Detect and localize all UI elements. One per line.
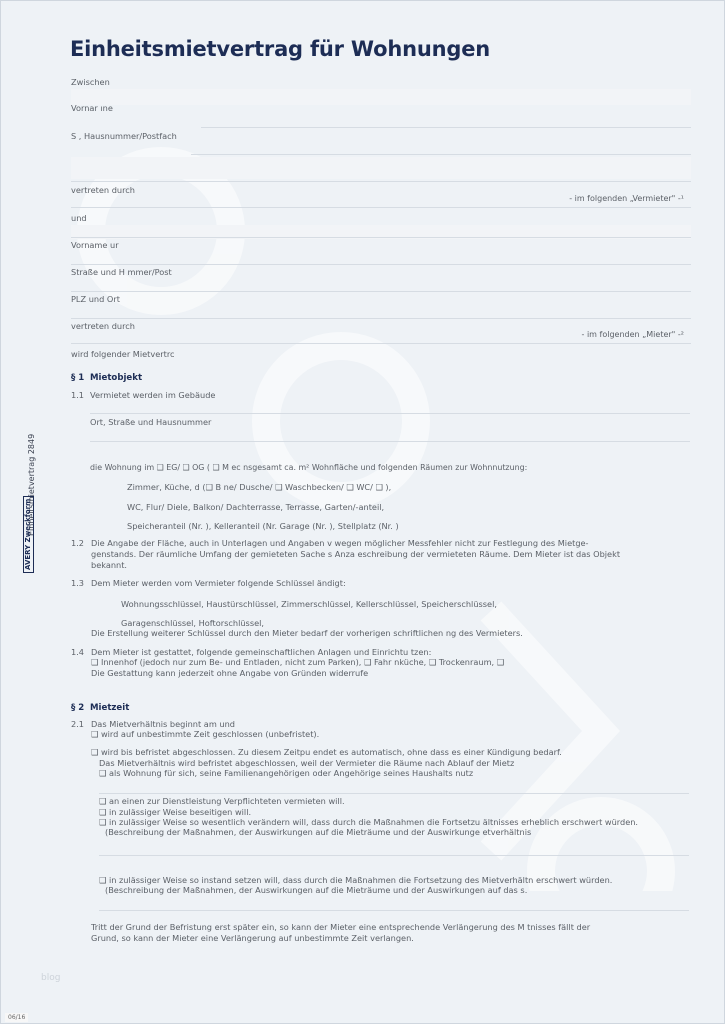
wohnung-line: die Wohnung im ❑ EG/ ❑ OG ( ❑ M ec nsges… [90,463,527,472]
divider [90,413,690,414]
paragraph-1-2-line: bekannt. [91,560,127,570]
closing-line: Tritt der Grund der Befristung erst spät… [91,922,590,932]
option-befristet[interactable]: ❑ wird bis befristet abgeschlossen. Zu d… [91,747,562,757]
paragraph-1-4-line: Die Gestattung kann jederzeit ohne Angab… [91,668,368,678]
description-note-1: (Beschreibung der Maßnahmen, der Auswirk… [105,827,531,837]
page-number: 06/16 [5,1013,28,1022]
closing-line: Grund, so kann der Mieter eine Verlänger… [91,933,414,943]
rooms-line-1: Zimmer, Küche, d (❑ B ne/ Dusche/ ❑ Wasc… [127,482,391,492]
paragraph-number: 1.2 [71,538,84,548]
option-beseitigen[interactable]: ❑ in zulässiger Weise beseitigen will. [99,807,251,817]
field-landlord-name[interactable] [71,89,691,105]
section-1-heading: Mietobjekt [90,373,142,383]
label-strasse: S , Hausnummer/Postfach [71,131,177,141]
label-zwischen: Zwischen [71,77,110,87]
divider [71,318,691,319]
paragraph-1-2-line: Die Angabe der Fläche, auch in Unterlage… [91,538,589,548]
label-vorname-name: Vornar ıne [71,103,113,113]
document-title: Einheitsmietvertrag für Wohnungen [70,37,490,61]
option-dienstleistung[interactable]: ❑ an einen zur Dienstleistung Verpflicht… [99,796,345,806]
paragraph-1-2-line: genstands. Der räumliche Umfang der gemi… [91,549,620,559]
option-instand[interactable]: ❑ in zulässiger Weise so instand setzen … [99,875,612,885]
divider [71,343,691,344]
paragraph-1-1-text: Vermietet werden im Gebäude [90,390,215,400]
divider [99,855,689,856]
label-vorname-und: Vorname ur [71,240,119,250]
label-und: und [71,213,87,223]
paragraph-1-4-line: ❑ Innenhof (jedoch nur zum Be- und Entla… [91,657,504,667]
divider [71,207,691,208]
avery-logo: AVERY Zweckform [23,496,34,573]
label-wird-folgender: wird folgender Mietvertrc [71,349,175,359]
paragraph-number: 1.1 [71,390,84,400]
option-unbefristet[interactable]: ❑ wird auf unbestimmte Zeit geschlossen … [91,729,319,739]
rooms-line-3: Speicheranteil (Nr. ), Kelleranteil (Nr.… [127,521,399,531]
mieter-suffix: - im folgenden „Mieter" -² [582,330,684,339]
paragraph-number: 2.1 [71,719,84,729]
divider [191,154,691,155]
paragraph-number: 1.4 [71,647,84,657]
vermieter-suffix: - im folgenden „Vermieter" -¹ [569,194,684,203]
label-vertreten-1: vertreten durch [71,185,135,195]
divider [99,910,689,911]
field-landlord-address[interactable] [71,157,691,179]
label-vertreten-2: vertreten durch [71,321,135,331]
keys-note: Die Erstellung weiterer Schlüssel durch … [91,628,523,638]
footer-watermark: blog [41,973,60,983]
document-page: Einheitsmietvertrag für Wohnungen Zwisch… [0,0,725,1024]
label-strasse-2: Straße und H mmer/Post [71,267,172,277]
paragraph-1-4-line: Dem Mieter ist gestattet, folgende gemei… [91,647,431,657]
paragraph-1-3-text: Dem Mieter werden vom Vermieter folgende… [91,578,346,588]
start-date-line: Das Mietverhältnis beginnt am und [91,719,235,729]
option-eigenbedarf[interactable]: ❑ als Wohnung für sich, seine Familienan… [99,768,473,778]
option-veraendern[interactable]: ❑ in zulässiger Weise so wesentlich verä… [99,817,638,827]
keys-line-2: Garagenschlüssel, Hoftorschlüssel, [121,618,264,628]
keys-line-1: Wohnungsschlüssel, Haustürschlüssel, Zim… [121,599,497,609]
divider [71,181,691,182]
paragraph-number: 1.3 [71,578,84,588]
befristung-grund: Das Mietverhältnis wird befristet abgesc… [99,758,514,768]
rooms-line-2: WC, Flur/ Diele, Balkon/ Dachterrasse, T… [127,502,384,512]
divider [201,127,691,128]
section-2-heading: Mietzeit [90,703,129,713]
divider [99,793,689,794]
section-2-label: § 2 [71,703,84,713]
description-note-2: (Beschreibung der Maßnahmen, der Auswirk… [105,885,527,895]
label-plz-ort: PLZ und Ort [71,294,120,304]
label-ort-strasse: Ort, Straße und Hausnummer [90,417,211,427]
divider [71,264,691,265]
section-1-label: § 1 [71,373,84,383]
divider [71,291,691,292]
divider [71,237,691,238]
divider [90,441,690,442]
